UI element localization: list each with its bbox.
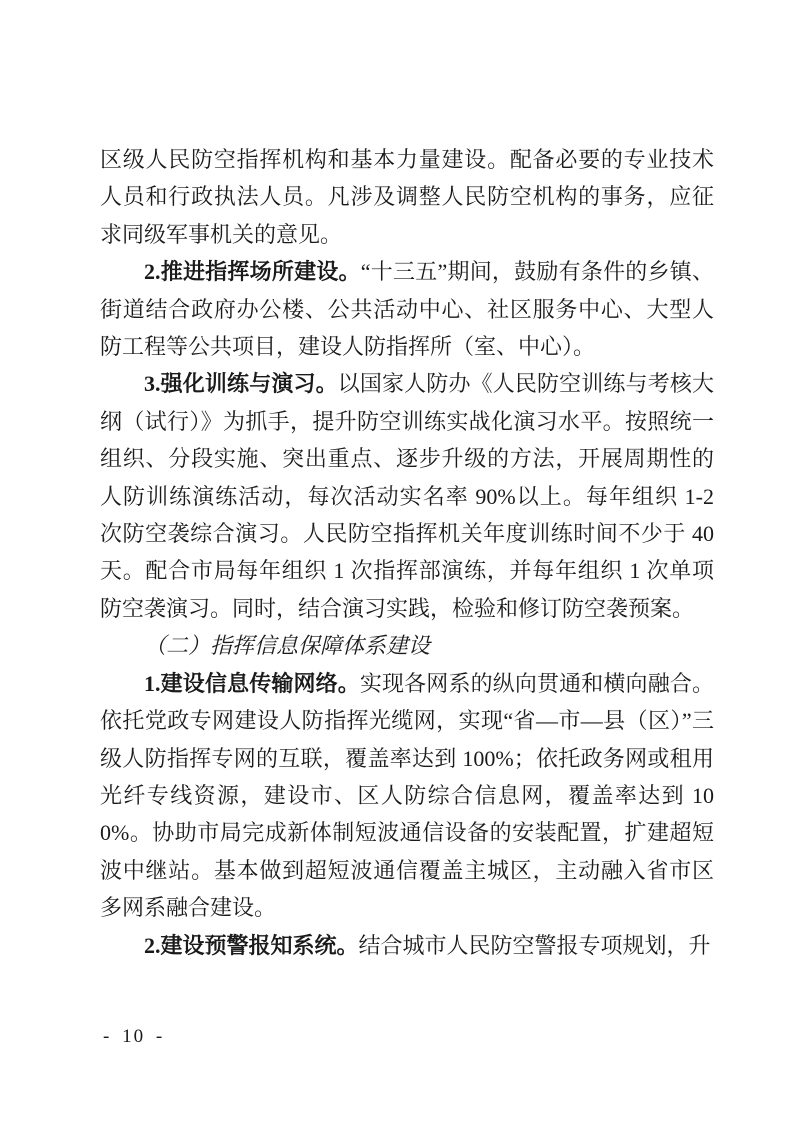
paragraph-text: 以国家人防办《人民防空训练与考核大纲（试行）》为抓手，提升防空训练实战化演习水平… bbox=[100, 371, 714, 620]
page-number-text: - 10 - bbox=[103, 1026, 164, 1047]
paragraph-training-drills: 3.强化训练与演习。以国家人防办《人民防空训练与考核大纲（试行）》为抓手，提升防… bbox=[100, 365, 714, 627]
paragraph-text: 结合城市人民防空警报专项规划，升 bbox=[359, 933, 711, 958]
document-page: 区级人民防空指挥机构和基本力量建设。配备必要的专业技术人员和行政执法人员。凡涉及… bbox=[0, 0, 793, 1122]
paragraph-command-sites: 2.推进指挥场所建设。“十三五”期间，鼓励有条件的乡镇、街道结合政府办公楼、公共… bbox=[100, 253, 714, 365]
paragraph-text: 实现各网系的纵向贯通和横向融合。依托党政专网建设人防指挥光缆网，实现“省—市—县… bbox=[100, 671, 714, 920]
paragraph-warning-system: 2.建设预警报知系统。结合城市人民防空警报专项规划，升 bbox=[100, 927, 714, 964]
document-content: 区级人民防空指挥机构和基本力量建设。配备必要的专业技术人员和行政执法人员。凡涉及… bbox=[100, 141, 714, 964]
paragraph-info-network: 1.建设信息传输网络。实现各网系的纵向贯通和横向融合。依托党政专网建设人防指挥光… bbox=[100, 665, 714, 927]
paragraph-continuation: 区级人民防空指挥机构和基本力量建设。配备必要的专业技术人员和行政执法人员。凡涉及… bbox=[100, 141, 714, 253]
section-heading-text: （二）指挥信息保障体系建设 bbox=[144, 633, 430, 658]
paragraph-bold-lead: 2.推进指挥场所建设。 bbox=[144, 259, 361, 284]
paragraph-text: 区级人民防空指挥机构和基本力量建设。配备必要的专业技术人员和行政执法人员。凡涉及… bbox=[100, 147, 714, 247]
paragraph-bold-lead: 2.建设预警报知系统。 bbox=[144, 933, 359, 958]
page-number: - 10 - bbox=[103, 1026, 164, 1048]
section-heading: （二）指挥信息保障体系建设 bbox=[100, 627, 714, 664]
paragraph-bold-lead: 3.强化训练与演习。 bbox=[144, 371, 338, 396]
paragraph-bold-lead: 1.建设信息传输网络。 bbox=[144, 671, 360, 696]
